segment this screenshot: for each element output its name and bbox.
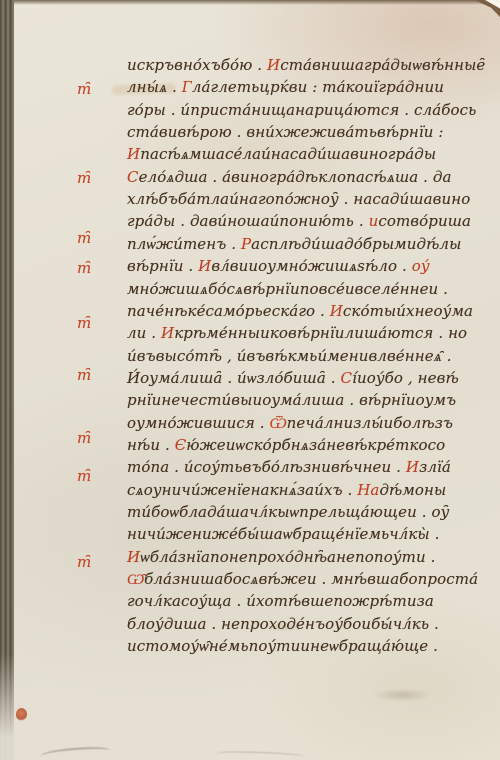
text-segment: гочл́касоу́ща . и́хотѣ́вшепожрѣ́тиза bbox=[127, 592, 434, 610]
text-segment: рнїинечести́выиоума́лиша . вѣ́рнїиоумъ bbox=[127, 391, 456, 409]
rubric-initial: И bbox=[330, 302, 343, 320]
rubric-initial: Є bbox=[175, 436, 187, 454]
rubric-initial: Р bbox=[241, 235, 251, 253]
text-segment: ничи́жениже́бы́шаѡбраще́нїемьчл́кы̀ . bbox=[127, 525, 439, 543]
text-segment: вл́вииоумно́жишѧѕѣ́ло . bbox=[211, 257, 411, 275]
text-line: паче́нѣке́само́рьеска́го . Иско́тыи́хнео… bbox=[127, 303, 473, 320]
text-segment: і́иоу́бо , невѣ́ bbox=[352, 369, 459, 387]
rubric-initial: И bbox=[127, 548, 140, 566]
text-segment: ело́ѧдша . а́виногра́дѣклопасѣ́ѧша . да bbox=[139, 168, 452, 186]
text-line: ничи́жениже́бы́шаѡбраще́нїемьчл́кы̀ . bbox=[127, 526, 439, 543]
text-segment: крѣме́нныиковѣ́рнїилиша́ются . но bbox=[174, 324, 467, 342]
text-segment: плѡ́жи́тенъ . bbox=[127, 235, 241, 253]
text-segment: го́ры . и́приста́нищанарица́ются . сла́б… bbox=[127, 101, 476, 119]
text-segment: искръвно́хъбо́ю . bbox=[127, 56, 267, 74]
tolkovanie-margin-mark: т̑ bbox=[77, 316, 91, 331]
text-segment: ста́вивѣ́рою . вни́хжежива́тьвѣ́рнїи : bbox=[127, 123, 444, 141]
text-segment: нѣ́и . bbox=[127, 436, 175, 454]
text-line: И́оума́лиша̑ . и́ѡзло́биша̑ . Сі́иоу́бо … bbox=[127, 370, 459, 387]
text-segment: ю́жеиѡско́рбнѧза́невѣ́кре́ткосо bbox=[186, 436, 445, 454]
text-segment: бла́знишабосѧвѣ́жеи . мнѣ́вшабопроста́ bbox=[144, 570, 478, 588]
rubric-initial: И bbox=[406, 458, 419, 476]
text-segment: лны́ѧ . bbox=[127, 78, 182, 96]
text-segment: оумно́жившися . bbox=[127, 414, 270, 432]
text-segment: ли . bbox=[127, 324, 161, 342]
text-segment: истомоу́ѡ̑не́мьпоу́тиинеѡбраща́ю́ще . bbox=[127, 637, 438, 655]
text-segment: злїа́ bbox=[419, 458, 451, 476]
tolkovanie-margin-mark: т̑ bbox=[77, 171, 91, 186]
tolkovanie-margin-mark: т̑ bbox=[77, 431, 91, 446]
text-segment: ѡбла́знїапонепрохо́днѣ̑анепопоу́ти . bbox=[140, 548, 435, 566]
text-line: рнїинечести́выиоума́лиша . вѣ́рнїиоумъ bbox=[127, 392, 456, 409]
rubric-initial: И bbox=[198, 257, 211, 275]
tolkovanie-margin-mark: т̑ bbox=[77, 82, 91, 97]
text-line: ли . Икрѣме́нныиковѣ́рнїилиша́ются . но bbox=[127, 325, 467, 342]
text-segment: печа́лнизлы́иболѣзъ bbox=[287, 414, 453, 432]
text-segment: И́оума́лиша̑ . и́ѡзло́биша̑ . bbox=[127, 369, 341, 387]
tolkovanie-margin-mark: т̑ bbox=[77, 555, 91, 570]
text-segment: ла́глетьцрќви : та́коиїгра́днии bbox=[192, 78, 444, 96]
rubric-initial: Ѿ bbox=[270, 414, 287, 432]
text-segment: ста́внишагра́дыѡвѣ́нные̑ bbox=[280, 56, 485, 74]
text-line: Ипасѣ́ѧмшасе́лаи́насади́шавиногра́ды bbox=[127, 146, 436, 163]
text-line: вѣ́рнїи . Ивл́вииоумно́жишѧѕѣ́ло . оу́ bbox=[127, 258, 430, 275]
rubric-initial: И bbox=[267, 56, 280, 74]
text-line: нѣ́и . Єю́жеиѡско́рбнѧза́невѣ́кре́ткосо bbox=[127, 437, 445, 454]
text-line: сѧоуничи́женїенакнѧ́заи́хъ . Надѣ́моны bbox=[127, 482, 446, 499]
rubric-initial: оу́ bbox=[412, 257, 430, 275]
text-line: хлѣ́бъба́тлаи́нагопо́жноу̑ . насади́шави… bbox=[127, 191, 470, 208]
text-line: Иѡбла́знїапонепрохо́днѣ̑анепопоу́ти . bbox=[127, 549, 435, 566]
text-line: лны́ѧ . Гла́глетьцрќви : та́коиїгра́днии bbox=[127, 79, 444, 96]
text-segment: асплѣди́шадо́брымидѣ́лы bbox=[251, 235, 461, 253]
text-line: блоу́диша . непроходе́нъоу́боибы́чл́кь . bbox=[127, 616, 439, 633]
text-line: ти́боѡблада́шачл́кыѡпрельща́ющеи . оу̑ bbox=[127, 504, 449, 521]
text-line: мно́жишѧбо́сѧвѣ́рнїиповсе́ивселе́ннеи . bbox=[127, 281, 448, 298]
rubric-initial: Ѡ̑ bbox=[127, 570, 144, 588]
text-line: гра́ды . дави́ношаи́понию́ть . исотво́ри… bbox=[127, 213, 471, 230]
text-segment: сѧоуничи́женїенакнѧ́заи́хъ . bbox=[127, 481, 357, 499]
text-line: Село́ѧдша . а́виногра́дѣклопасѣ́ѧша . да bbox=[127, 169, 452, 186]
rubric-initial: С bbox=[127, 168, 139, 186]
text-line: истомоу́ѡ̑не́мьпоу́тиинеѡбраща́ю́ще . bbox=[127, 638, 438, 655]
tolkovanie-margin-mark: т̑ bbox=[77, 231, 91, 246]
text-segment: и́въвысо́тѣ̑ , и́въвѣ́кмьи́менивлве́ннеѧ… bbox=[127, 347, 452, 365]
text-segment: пасѣ́ѧмшасе́лаи́насади́шавиногра́ды bbox=[140, 145, 436, 163]
text-line: оумно́жившися . Ѿпеча́лнизлы́иболѣзъ bbox=[127, 415, 453, 432]
tolkovanie-margin-mark: т̑ bbox=[77, 368, 91, 383]
rubric-initial: На bbox=[357, 481, 379, 499]
rubric-initial: С bbox=[341, 369, 353, 387]
text-segment: паче́нѣке́само́рьеска́го . bbox=[127, 302, 330, 320]
text-segment: хлѣ́бъба́тлаи́нагопо́жноу̑ . насади́шави… bbox=[127, 190, 470, 208]
text-line: гочл́касоу́ща . и́хотѣ́вшепожрѣ́тиза bbox=[127, 593, 434, 610]
text-segment: дѣ́моны bbox=[379, 481, 446, 499]
rubric-initial: И bbox=[161, 324, 174, 342]
text-segment: вѣ́рнїи . bbox=[127, 257, 198, 275]
manuscript-photo: искръвно́хъбо́ю . Иста́внишагра́дыѡвѣ́нн… bbox=[0, 0, 500, 760]
text-line: ста́вивѣ́рою . вни́хжежива́тьвѣ́рнїи : bbox=[127, 124, 444, 141]
text-line: то́па . и́соу́тьвъбо́лѣзнивѣ́чнеи . Излї… bbox=[127, 459, 451, 476]
text-line: го́ры . и́приста́нищанарица́ются . сла́б… bbox=[127, 102, 476, 119]
text-segment: блоу́диша . непроходе́нъоу́боибы́чл́кь . bbox=[127, 615, 439, 633]
tolkovanie-margin-mark: т̑ bbox=[77, 261, 91, 276]
text-segment: ти́боѡблада́шачл́кыѡпрельща́ющеи . оу̑ bbox=[127, 503, 449, 521]
text-segment: гра́ды . дави́ношаи́понию́ть . bbox=[127, 212, 369, 230]
text-line: искръвно́хъбо́ю . Иста́внишагра́дыѡвѣ́нн… bbox=[127, 57, 485, 74]
text-line: Ѡ̑бла́знишабосѧвѣ́жеи . мнѣ́вшабопроста́ bbox=[127, 571, 478, 588]
tolkovanie-margin-mark: т̑ bbox=[77, 469, 91, 484]
text-segment: ско́тыи́хнеоу́ма bbox=[343, 302, 473, 320]
rubric-initial: и bbox=[369, 212, 379, 230]
text-segment: мно́жишѧбо́сѧвѣ́рнїиповсе́ивселе́ннеи . bbox=[127, 280, 448, 298]
text-segment: то́па . и́соу́тьвъбо́лѣзнивѣ́чнеи . bbox=[127, 458, 406, 476]
text-line: плѡ́жи́тенъ . Расплѣди́шадо́брымидѣ́лы bbox=[127, 236, 461, 253]
rubric-initial: Г bbox=[182, 78, 192, 96]
text-segment: сотво́риша bbox=[378, 212, 471, 230]
rubric-initial: И bbox=[127, 145, 140, 163]
text-block: искръвно́хъбо́ю . Иста́внишагра́дыѡвѣ́нн… bbox=[0, 0, 500, 760]
text-line: и́въвысо́тѣ̑ , и́въвѣ́кмьи́менивлве́ннеѧ… bbox=[127, 348, 452, 365]
